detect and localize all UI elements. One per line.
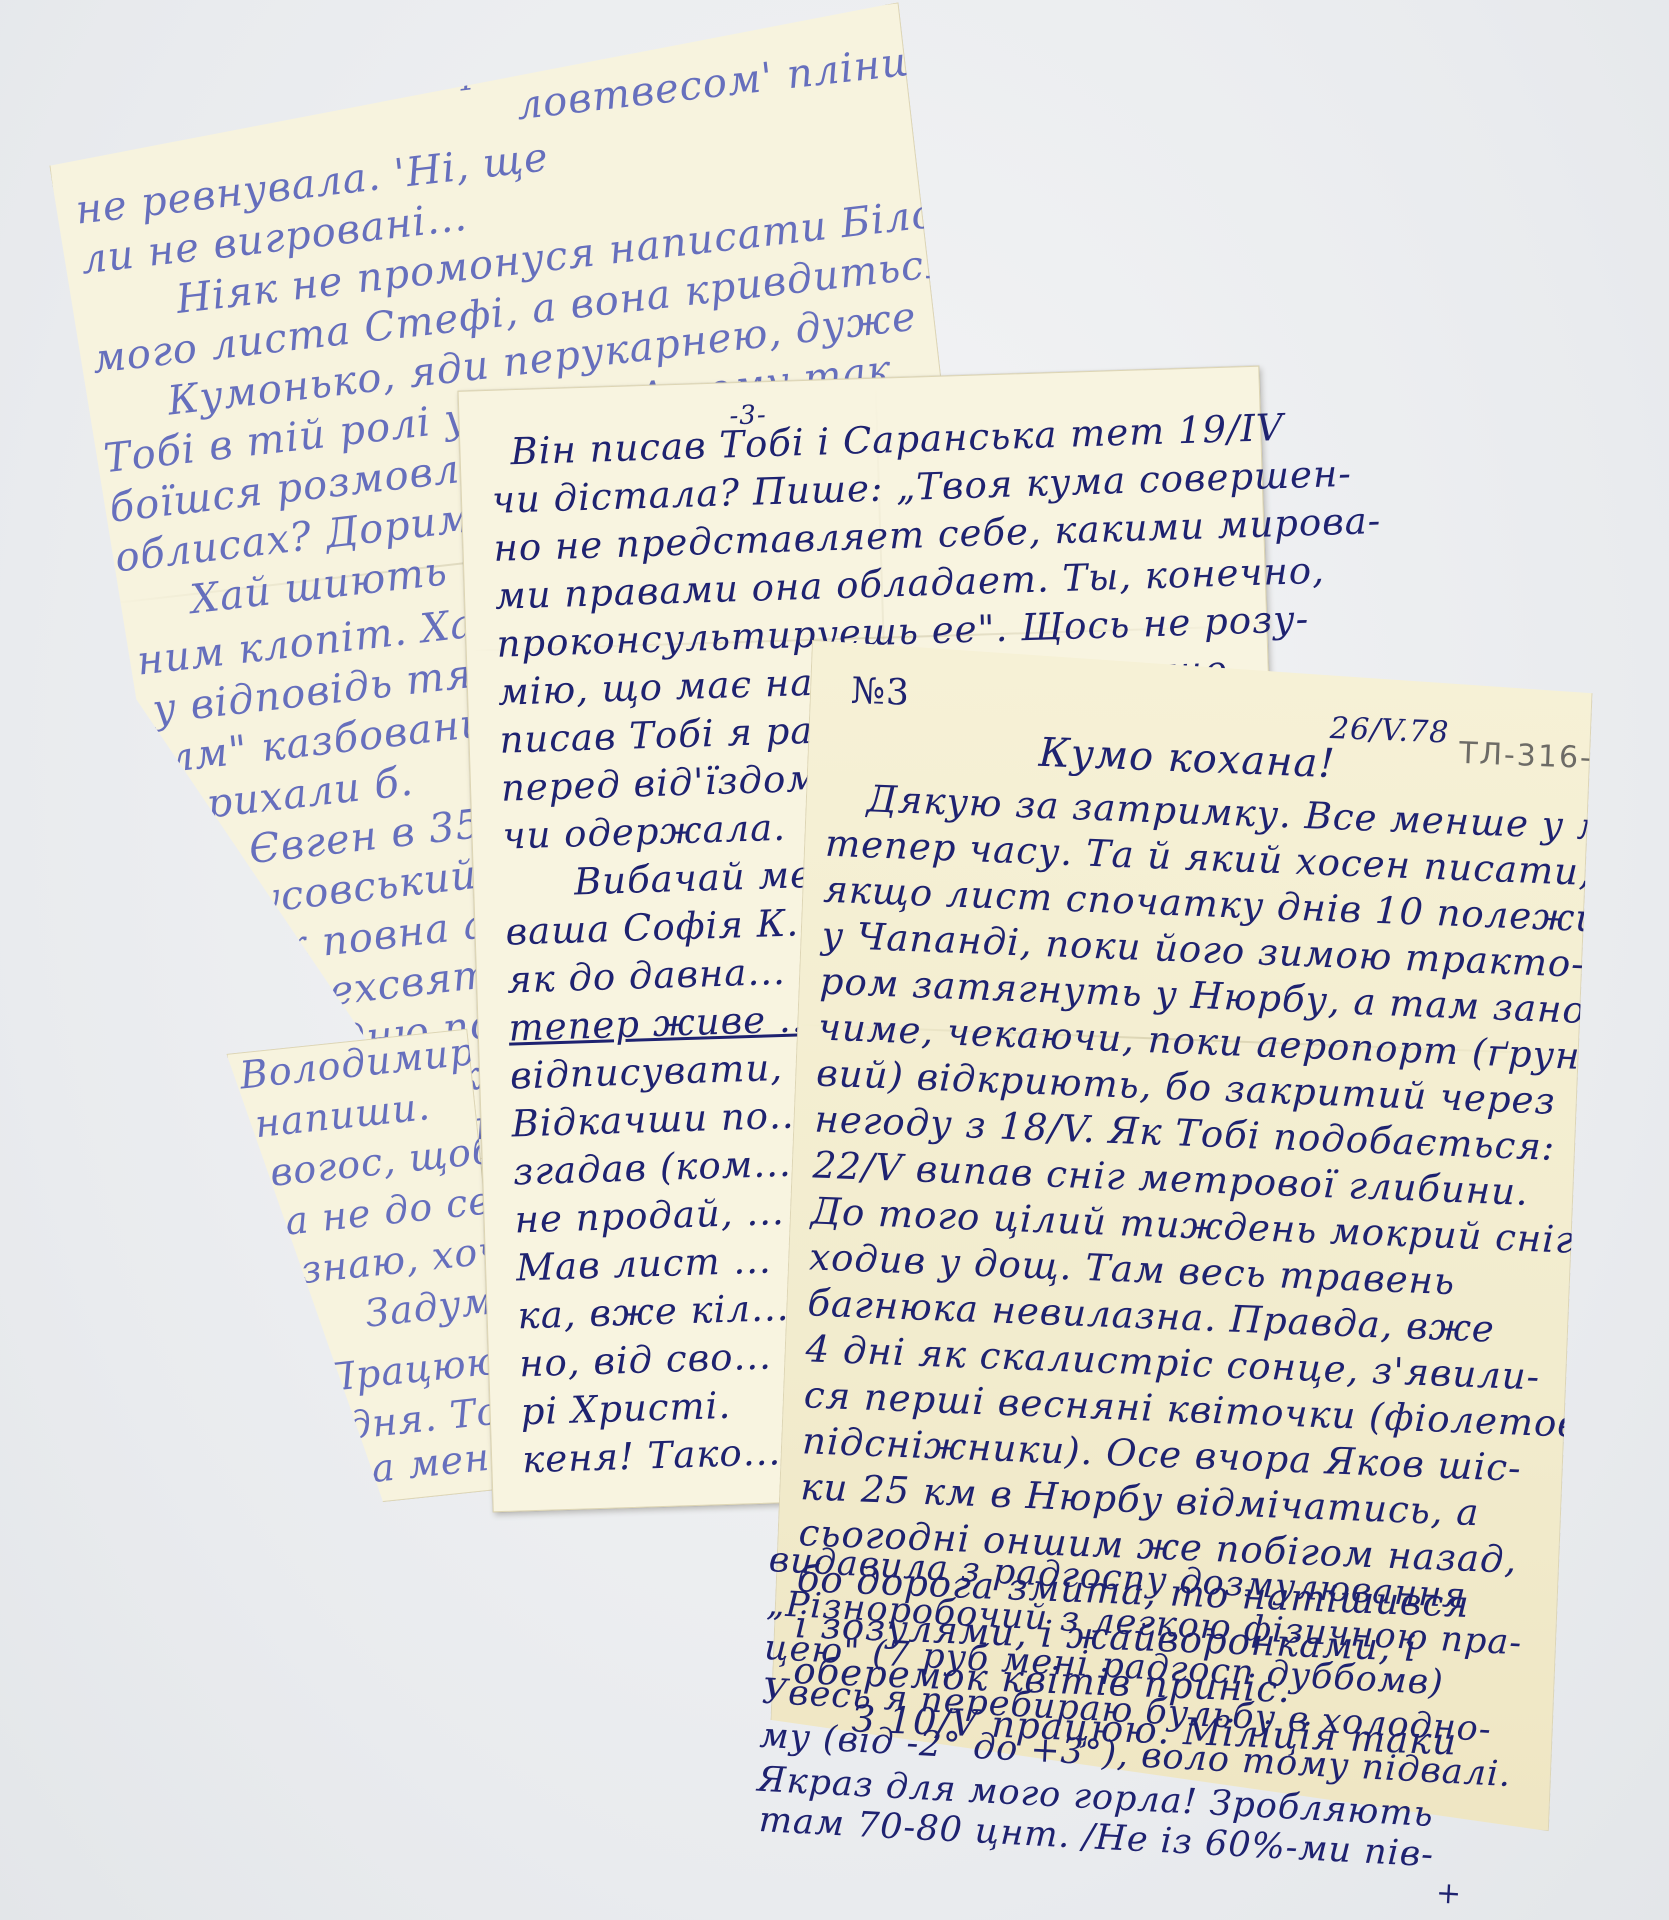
handwritten-line: но, від сво... — [518, 1334, 772, 1385]
handwritten-line: ка, вже кіл... — [517, 1286, 790, 1338]
handwritten-line: як до давна... — [506, 950, 786, 1002]
handwritten-line: згадав (ком... — [512, 1142, 792, 1194]
letter-3-lower-lines: видавила з радгоспу дозмулювання „Різнор… — [756, 1540, 1618, 1844]
handwritten-line: не продай, ... — [514, 1190, 785, 1241]
letter-date: 26/V.78 — [1329, 711, 1450, 751]
greeting: Кумо кохана! — [1038, 730, 1336, 787]
page-number: -4- — [442, 61, 488, 101]
page-continuation-mark: + — [1435, 1876, 1463, 1912]
letter-number: №3 — [850, 671, 911, 714]
letter-page-4-lower: Володимирсь... напиши. вогос, щоб... а н… — [227, 1029, 516, 1514]
handwritten-line: чи одержала. — [502, 806, 787, 858]
handwritten-line: ловтвесом' пліншор- — [514, 30, 988, 129]
handwritten-line: тепер живе ... — [508, 997, 818, 1050]
archive-code: ТЛ-316-2 — [1458, 736, 1614, 777]
handwritten-line: Відкачши по... — [511, 1093, 808, 1145]
handwritten-line: Мав лист ... — [515, 1238, 772, 1289]
photo-scene: -4- ловтвесом' пліншор- не ревнувала. 'Н… — [0, 0, 1669, 1920]
page-3-lower-lines — [500, 1420, 760, 1500]
handwritten-line: відписувати, — [509, 1046, 783, 1098]
handwritten-line: ваша Софія К... — [505, 901, 825, 954]
